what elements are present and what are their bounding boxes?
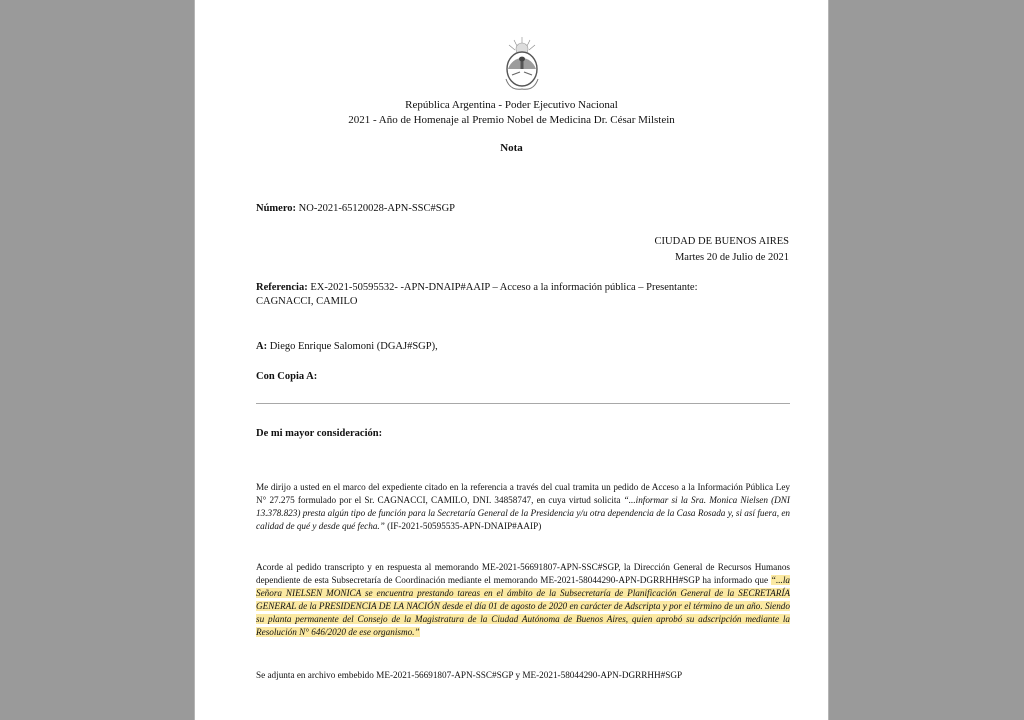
referencia-label: Referencia:: [256, 282, 308, 293]
recipient-value: Diego Enrique Salomoni (DGAJ#SGP),: [270, 341, 438, 352]
document-page: República Argentina - Poder Ejecutivo Na…: [195, 0, 828, 720]
cc-label: Con Copia A:: [256, 371, 317, 382]
paragraph-1-tail: (IF-2021-50595535-APN-DNAIP#AAIP): [385, 521, 541, 531]
paragraph-2-text: Acorde al pedido transcripto y en respue…: [256, 562, 790, 585]
paragraph-2: Acorde al pedido transcripto y en respue…: [256, 561, 790, 640]
paragraph-1: Me dirijo a usted en el marco del expedi…: [256, 481, 790, 533]
header-line-1: República Argentina - Poder Ejecutivo Na…: [195, 99, 828, 112]
argentina-coat-of-arms-icon: [500, 35, 544, 93]
divider: [256, 403, 790, 404]
referencia-value: EX-2021-50595532- -APN-DNAIP#AAIP – Acce…: [310, 282, 697, 293]
numero-label: Número:: [256, 203, 296, 214]
date: Martes 20 de Julio de 2021: [256, 251, 789, 265]
numero-value: NO-2021-65120028-APN-SSC#SGP: [299, 203, 455, 214]
referencia-row: Referencia: EX-2021-50595532- -APN-DNAIP…: [256, 281, 790, 309]
city: CIUDAD DE BUENOS AIRES: [256, 235, 789, 249]
salutation: De mi mayor consideración:: [256, 427, 790, 441]
recipient-label: A:: [256, 341, 267, 352]
salutation-text: De mi mayor consideración:: [256, 428, 382, 439]
header-line-2: 2021 - Año de Homenaje al Premio Nobel d…: [195, 114, 828, 127]
cc-row: Con Copia A:: [256, 370, 790, 384]
numero-row: Número: NO-2021-65120028-APN-SSC#SGP: [256, 202, 790, 216]
paragraph-3: Se adjunta en archivo embebido ME-2021-5…: [256, 669, 790, 682]
document-type: Nota: [195, 142, 828, 154]
referencia-value-2: CAGNACCI, CAMILO: [256, 296, 358, 307]
recipient-row: A: Diego Enrique Salomoni (DGAJ#SGP),: [256, 340, 790, 354]
